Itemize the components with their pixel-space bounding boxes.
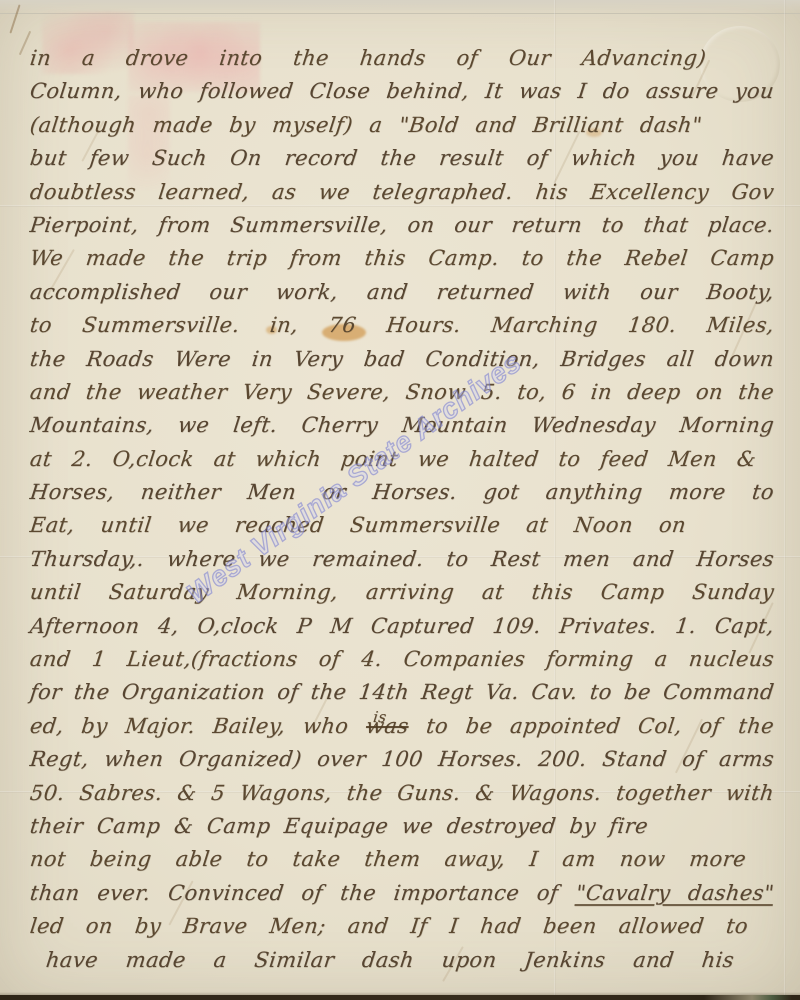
letter-text-segment: not being able to take them away, I am n… bbox=[29, 847, 748, 871]
letter-text-segment: Horses, neither Men or Horses. got anyth… bbox=[29, 480, 776, 504]
letter-line: led on by Brave Men; and If I had been a… bbox=[28, 910, 776, 943]
letter-text-segment: Afternoon 4, O,clock P M Captured 109. P… bbox=[29, 614, 776, 638]
letter-line: in a drove into the hands of Our Advanci… bbox=[28, 42, 776, 75]
letter-line: not being able to take them away, I am n… bbox=[28, 843, 776, 876]
letter-line: Regt, when Organized) over 100 Horses. 2… bbox=[28, 743, 776, 776]
letter-line: doubtless learned, as we telegraphed. hi… bbox=[28, 176, 776, 209]
letter-line: and the weather Very Severe, Snow 5. to,… bbox=[28, 376, 776, 409]
letter-text-segment: Eat, until we reached Summersville at No… bbox=[29, 513, 688, 537]
letter-line: their Camp & Camp Equipage we destroyed … bbox=[28, 810, 776, 843]
letter-line: and 1 Lieut,(fractions of 4. Companies f… bbox=[28, 643, 776, 676]
letter-text-segment: their Camp & Camp Equipage we destroyed … bbox=[29, 814, 650, 838]
letter-line: have made a Similar dash upon Jenkins an… bbox=[28, 944, 776, 977]
letter-text-segment: and the weather Very Severe, Snow 5. to,… bbox=[29, 380, 776, 404]
letter-text-segment: Regt, when Organized) over 100 Horses. 2… bbox=[29, 747, 776, 771]
inserted-word-above-line: is bbox=[371, 701, 388, 734]
letter-text-segment: but few Such On record the result of whi… bbox=[29, 146, 776, 170]
manuscript-page: in a drove into the hands of Our Advanci… bbox=[0, 0, 800, 1000]
letter-line: Eat, until we reached Summersville at No… bbox=[28, 509, 776, 542]
handwritten-letter-text: in a drove into the hands of Our Advanci… bbox=[30, 42, 774, 977]
letter-text-segment: the Roads Were in Very bad Condition, Br… bbox=[29, 347, 776, 371]
letter-line: for the Organization of the 14th Regt Va… bbox=[28, 676, 776, 709]
letter-text-segment: have made a Similar dash upon Jenkins an… bbox=[45, 948, 736, 972]
letter-text-segment: Thursday,. where we remained. to Rest me… bbox=[29, 547, 776, 571]
letter-text-segment: Pierpoint, from Summersville, on our ret… bbox=[29, 213, 776, 237]
letter-text-segment: than ever. Convinced of the importance o… bbox=[29, 881, 578, 905]
letter-text-segment: We made the trip from this Camp. to the … bbox=[29, 246, 776, 270]
letter-text-segment: and 1 Lieut,(fractions of 4. Companies f… bbox=[29, 647, 776, 671]
letter-line: 50. Sabres. & 5 Wagons, the Guns. & Wago… bbox=[28, 777, 776, 810]
letter-text-segment: to Summersville. in, 76 Hours. Marching … bbox=[29, 313, 776, 337]
letter-text-segment: accomplished our work, and returned with… bbox=[29, 280, 776, 304]
letter-text-segment: to be appointed Col, of the bbox=[407, 714, 775, 738]
letter-line: until Saturday Morning, arriving at this… bbox=[28, 576, 776, 609]
letter-text-segment: (although made by myself) a "Bold and Br… bbox=[29, 113, 704, 137]
letter-text-segment: in a drove into the hands of Our Advanci… bbox=[29, 46, 708, 70]
fold-crease-vertical bbox=[784, 0, 786, 1000]
letter-line: Thursday,. where we remained. to Rest me… bbox=[28, 543, 776, 576]
scan-bottom-edge bbox=[0, 995, 800, 1000]
letter-line: to Summersville. in, 76 Hours. Marching … bbox=[28, 309, 776, 342]
letter-text-segment: Column, who followed Close behind, It wa… bbox=[29, 79, 776, 103]
letter-line: ed, by Major. Bailey, who wasis to be ap… bbox=[28, 710, 776, 743]
letter-line: Pierpoint, from Summersville, on our ret… bbox=[28, 209, 776, 242]
letter-line: Column, who followed Close behind, It wa… bbox=[28, 75, 776, 108]
letter-line: We made the trip from this Camp. to the … bbox=[28, 242, 776, 275]
letter-line: but few Such On record the result of whi… bbox=[28, 142, 776, 175]
letter-text-segment: led on by Brave Men; and If I had been a… bbox=[29, 914, 750, 938]
letter-text-segment: until Saturday Morning, arriving at this… bbox=[29, 580, 776, 604]
letter-line: than ever. Convinced of the importance o… bbox=[28, 877, 776, 910]
letter-text-segment: doubtless learned, as we telegraphed. hi… bbox=[29, 180, 776, 204]
letter-line: accomplished our work, and returned with… bbox=[28, 276, 776, 309]
letter-line: (although made by myself) a "Bold and Br… bbox=[28, 109, 776, 142]
letter-text-segment: 50. Sabres. & 5 Wagons, the Guns. & Wago… bbox=[29, 781, 776, 805]
letter-text-segment: "Cavalry dashes" bbox=[575, 881, 776, 905]
letter-line: the Roads Were in Very bad Condition, Br… bbox=[28, 343, 776, 376]
letter-line: Horses, neither Men or Horses. got anyth… bbox=[28, 476, 776, 509]
letter-text-segment: ed, by Major. Bailey, who bbox=[29, 714, 368, 738]
letter-text-segment: wasis bbox=[365, 714, 410, 738]
letter-text-segment: for the Organization of the 14th Regt Va… bbox=[29, 680, 776, 704]
letter-line: Afternoon 4, O,clock P M Captured 109. P… bbox=[28, 610, 776, 643]
